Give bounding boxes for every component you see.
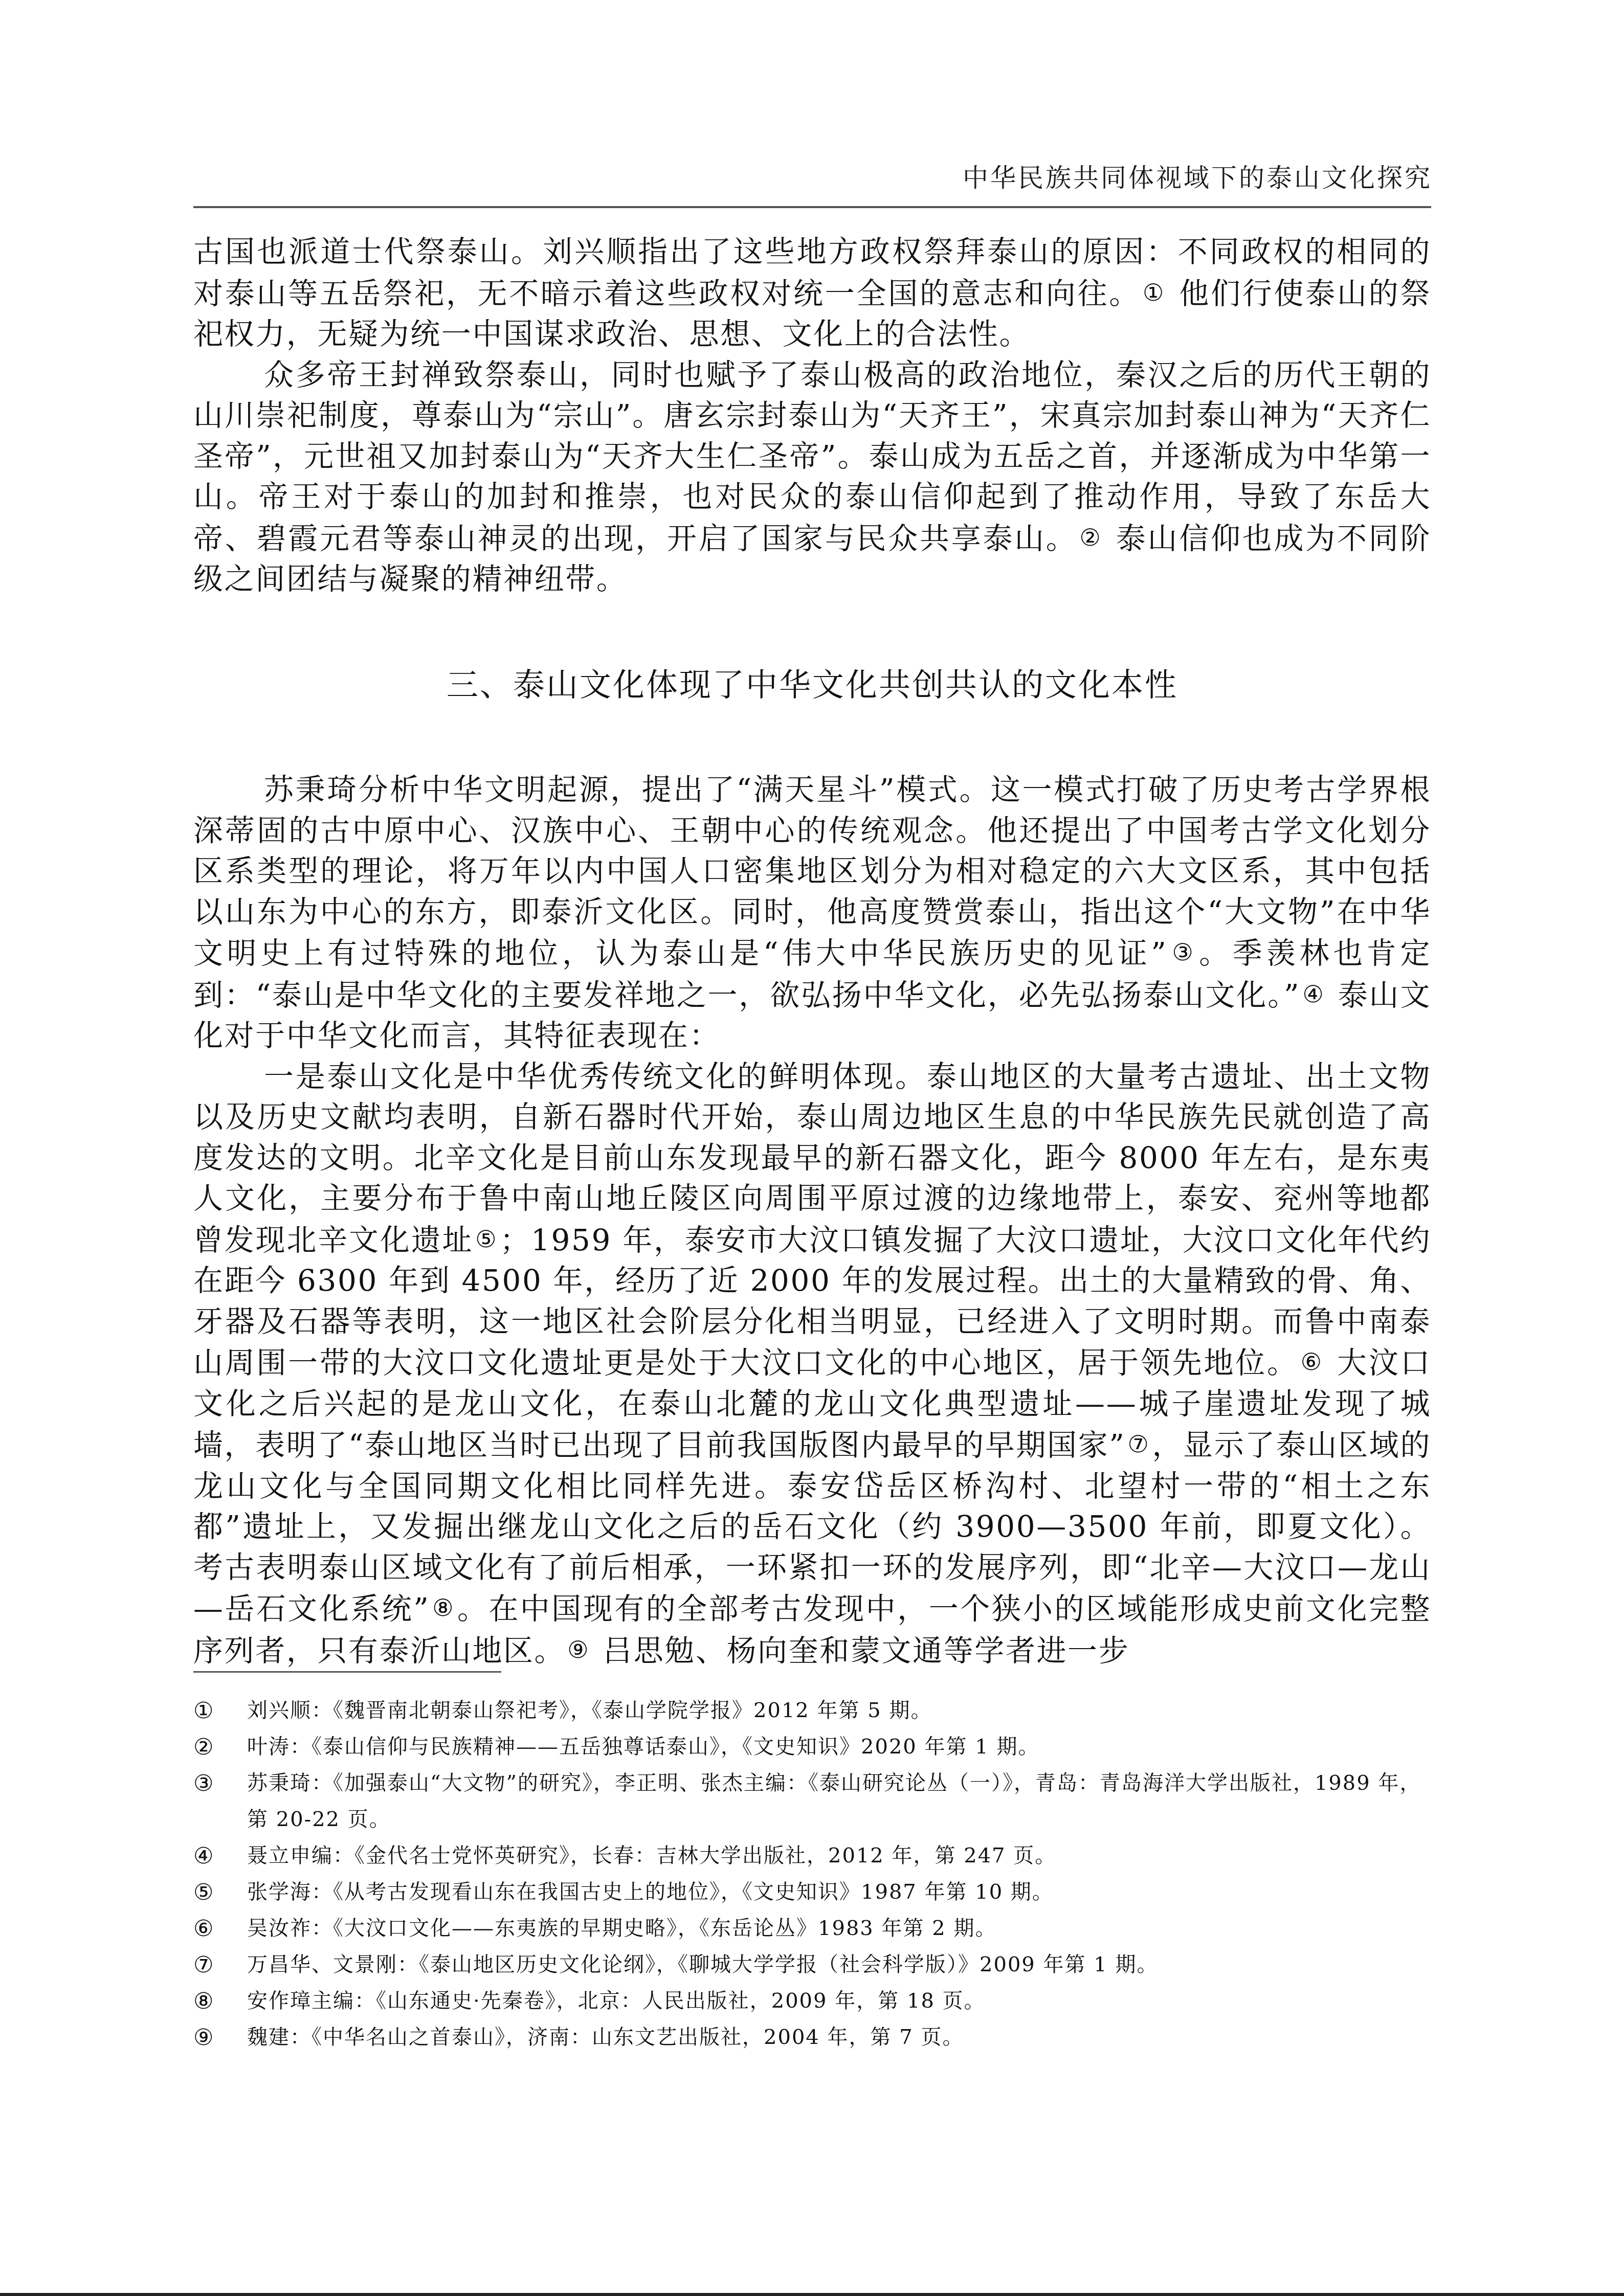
footnote-number: ⑤ bbox=[193, 1874, 247, 1910]
footnote-text: 聂立申编：《金代名士党怀英研究》，长春：吉林大学出版社，2012 年，第 247… bbox=[247, 1838, 1431, 1874]
footnote-number: ⑥ bbox=[193, 1910, 247, 1947]
paragraph: 众多帝王封禅致祭泰山，同时也赋予了泰山极高的政治地位，秦汉之后的历代王朝的山川崇… bbox=[193, 355, 1431, 600]
footnote-number: ④ bbox=[193, 1838, 247, 1874]
footnote-3: ③ 苏秉琦：《加强泰山“大文物”的研究》，李正明、张杰主编：《泰山研究论丛（一）… bbox=[193, 1765, 1431, 1838]
footnote-1: ① 刘兴顺：《魏晋南北朝泰山祭祀考》，《泰山学院学报》2012 年第 5 期。 bbox=[193, 1693, 1431, 1729]
section-heading: 三、泰山文化体现了中华文化共创共认的文化本性 bbox=[193, 665, 1431, 706]
footnotes-list: ① 刘兴顺：《魏晋南北朝泰山祭祀考》，《泰山学院学报》2012 年第 5 期。 … bbox=[193, 1693, 1431, 2056]
footnote-ref-1[interactable]: ① bbox=[1143, 279, 1166, 306]
paragraph: 苏秉琦分析中华文明起源，提出了“满天星斗”模式。这一模式打破了历史考古学界根深蒂… bbox=[193, 770, 1431, 1056]
footnote-5: ⑤ 张学海：《从考古发现看山东在我国古史上的地位》，《文史知识》1987 年第 … bbox=[193, 1874, 1431, 1910]
footnote-number: ⑧ bbox=[193, 1983, 247, 2019]
footnote-ref-6[interactable]: ⑥ bbox=[1301, 1348, 1324, 1376]
footnote-6: ⑥ 吴汝祚：《大汶口文化——东夷族的早期史略》，《东岳论丛》1983 年第 2 … bbox=[193, 1910, 1431, 1947]
body-block-continuation: 古国也派道士代祭泰山。刘兴顺指出了这些地方政权祭拜泰山的原因：不同政权的相同的对… bbox=[193, 232, 1431, 600]
footnote-number: ② bbox=[193, 1729, 247, 1765]
paragraph: 古国也派道士代祭泰山。刘兴顺指出了这些地方政权祭拜泰山的原因：不同政权的相同的对… bbox=[193, 232, 1431, 355]
running-header: 中华民族共同体视域下的泰山文化探究 bbox=[941, 163, 1432, 193]
footnote-number: ① bbox=[193, 1693, 247, 1729]
paragraph-text: 吕思勉、杨向奎和蒙文通等学者进一步 bbox=[592, 1633, 1129, 1668]
footnote-8: ⑧ 安作璋主编：《山东通史·先秦卷》，北京：人民出版社，2009 年，第 18 … bbox=[193, 1983, 1431, 2019]
header-rule bbox=[193, 206, 1431, 208]
footnote-number: ⑨ bbox=[193, 2019, 247, 2056]
footnote-9: ⑨ 魏建：《中华名山之首泰山》，济南：山东文艺出版社，2004 年，第 7 页。 bbox=[193, 2019, 1431, 2056]
body-block-section-3: 苏秉琦分析中华文明起源，提出了“满天星斗”模式。这一模式打破了历史考古学界根深蒂… bbox=[193, 770, 1431, 1671]
footnote-number: ③ bbox=[193, 1765, 247, 1838]
footnote-ref-8[interactable]: ⑧ bbox=[432, 1594, 455, 1622]
footnote-2: ② 叶涛：《泰山信仰与民族精神——五岳独尊话泰山》，《文史知识》2020 年第 … bbox=[193, 1729, 1431, 1765]
footnote-ref-7[interactable]: ⑦ bbox=[1128, 1430, 1150, 1458]
footnote-ref-2[interactable]: ② bbox=[1080, 524, 1103, 551]
paragraph: 一是泰山文化是中华优秀传统文化的鲜明体现。泰山地区的大量考古遗址、出土文物以及历… bbox=[193, 1056, 1431, 1672]
footnote-4: ④ 聂立申编：《金代名士党怀英研究》，长春：吉林大学出版社，2012 年，第 2… bbox=[193, 1838, 1431, 1874]
page-bottom-edge bbox=[0, 2293, 1624, 2296]
footnote-text: 苏秉琦：《加强泰山“大文物”的研究》，李正明、张杰主编：《泰山研究论丛（一）》，… bbox=[247, 1765, 1431, 1838]
footnote-text: 万昌华、文景刚：《泰山地区历史文化论纲》，《聊城大学学报（社会科学版）》2009… bbox=[247, 1947, 1431, 1983]
footnote-ref-9[interactable]: ⑨ bbox=[567, 1636, 590, 1663]
document-page: 中华民族共同体视域下的泰山文化探究 古国也派道士代祭泰山。刘兴顺指出了这些地方政… bbox=[0, 0, 1624, 2296]
footnote-text: 叶涛：《泰山信仰与民族精神——五岳独尊话泰山》，《文史知识》2020 年第 1 … bbox=[247, 1729, 1431, 1765]
footnote-separator bbox=[193, 1671, 501, 1673]
footnote-ref-5[interactable]: ⑤ bbox=[475, 1225, 498, 1253]
footnote-text: 安作璋主编：《山东通史·先秦卷》，北京：人民出版社，2009 年，第 18 页。 bbox=[247, 1983, 1431, 2019]
footnote-text: 张学海：《从考古发现看山东在我国古史上的地位》，《文史知识》1987 年第 10… bbox=[247, 1874, 1431, 1910]
footnote-text: 吴汝祚：《大汶口文化——东夷族的早期史略》，《东岳论丛》1983 年第 2 期。 bbox=[247, 1910, 1431, 1947]
footnote-ref-3[interactable]: ③ bbox=[1169, 938, 1197, 966]
footnote-ref-4[interactable]: ④ bbox=[1302, 980, 1325, 1008]
footnote-number: ⑦ bbox=[193, 1947, 247, 1983]
footnote-7: ⑦ 万昌华、文景刚：《泰山地区历史文化论纲》，《聊城大学学报（社会科学版）》20… bbox=[193, 1947, 1431, 1983]
footnote-text: 刘兴顺：《魏晋南北朝泰山祭祀考》，《泰山学院学报》2012 年第 5 期。 bbox=[247, 1693, 1431, 1729]
footnote-text: 魏建：《中华名山之首泰山》，济南：山东文艺出版社，2004 年，第 7 页。 bbox=[247, 2019, 1431, 2056]
